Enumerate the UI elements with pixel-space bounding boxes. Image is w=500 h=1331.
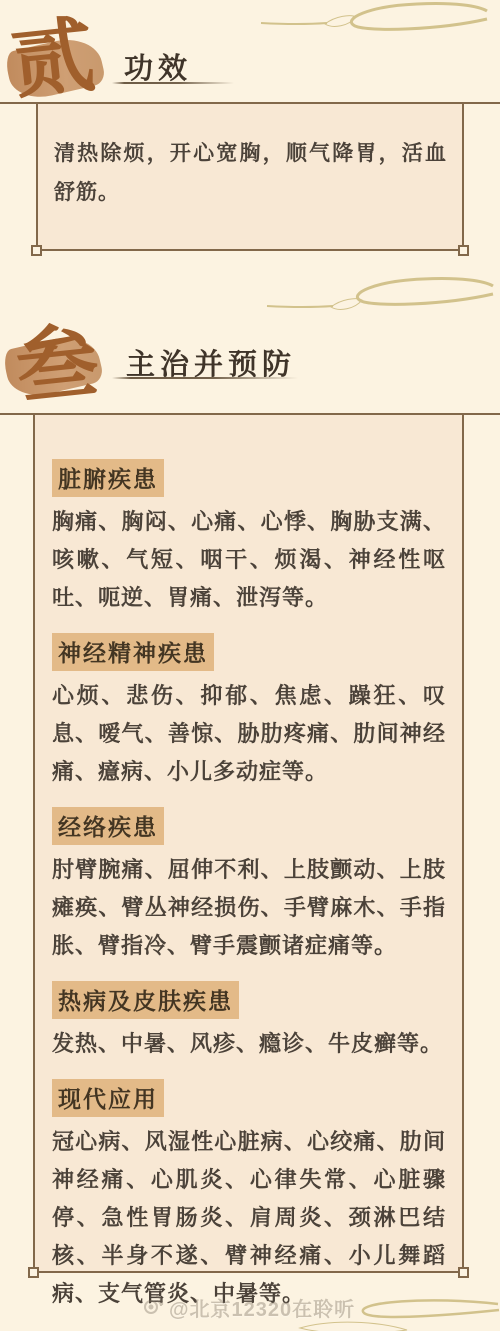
indication-group-meridian: 经络疾患 肘臂腕痛、屈伸不利、上肢颤动、上肢瘫痪、臂丛神经损伤、手臂麻木、手指胀… (52, 807, 446, 965)
group-label: 热病及皮肤疾患 (52, 981, 239, 1019)
group-text: 发热、中暑、风疹、瘾诊、牛皮癣等。 (52, 1025, 446, 1063)
group-text: 肘臂腕痛、屈伸不利、上肢颤动、上肢瘫痪、臂丛神经损伤、手臂麻木、手指胀、臂指冷、… (52, 851, 446, 965)
section-1-underline (112, 82, 234, 84)
section-1-title: 功效 (124, 46, 192, 87)
cloud-swirl-icon (264, 272, 496, 320)
effects-box: 清热除烦，开心宽胸，顺气降胃，活血舒筋。 (36, 104, 464, 251)
group-label: 神经精神疾患 (52, 633, 214, 671)
group-text: 心烦、悲伤、抑郁、焦虑、躁狂、叹息、嗳气、善惊、胁肋疼痛、肋间神经痛、癔病、小儿… (52, 677, 446, 791)
cloud-swirl-icon (258, 0, 490, 48)
section-1-number-calligraphy: 贰 (8, 14, 98, 104)
watermark-text: @北京12320在聆听 (169, 1293, 355, 1322)
watermark: @北京12320在聆听 (142, 1293, 355, 1322)
corner-ornament-icon (31, 245, 42, 256)
corner-ornament-icon (458, 1267, 469, 1278)
indication-group-neuro: 神经精神疾患 心烦、悲伤、抑郁、焦虑、躁狂、叹息、嗳气、善惊、胁肋疼痛、肋间神经… (52, 633, 446, 791)
corner-ornament-icon (458, 245, 469, 256)
indications-box: 脏腑疾患 胸痛、胸闷、心痛、心悸、胸胁支满、咳嗽、气短、咽干、烦渴、神经性呕吐、… (33, 415, 464, 1273)
infographic-page: 贰 功效 清热除烦，开心宽胸，顺气降胃，活血舒筋。 叁 主治并预防 脏腑疾患 胸… (0, 0, 500, 1331)
group-text: 胸痛、胸闷、心痛、心悸、胸胁支满、咳嗽、气短、咽干、烦渴、神经性呕吐、呃逆、胃痛… (52, 503, 446, 617)
group-label: 现代应用 (52, 1079, 164, 1117)
group-text: 冠心病、风湿性心脏病、心绞痛、肋间神经痛、心肌炎、心律失常、心脏骤停、急性胃肠炎… (52, 1123, 446, 1313)
indications-content: 脏腑疾患 胸痛、胸闷、心痛、心悸、胸胁支满、咳嗽、气短、咽干、烦渴、神经性呕吐、… (35, 415, 462, 1313)
group-label: 经络疾患 (52, 807, 164, 845)
indication-group-modern: 现代应用 冠心病、风湿性心脏病、心绞痛、肋间神经痛、心肌炎、心律失常、心脏骤停、… (52, 1079, 446, 1313)
section-2-number-calligraphy: 叁 (12, 320, 102, 410)
section-2-underline (112, 377, 298, 379)
indication-group-fever-skin: 热病及皮肤疾患 发热、中暑、风疹、瘾诊、牛皮癣等。 (52, 981, 446, 1063)
corner-ornament-icon (28, 1267, 39, 1278)
indication-group-organ: 脏腑疾患 胸痛、胸闷、心痛、心悸、胸胁支满、咳嗽、气短、咽干、烦渴、神经性呕吐、… (52, 459, 446, 617)
weibo-eye-icon (142, 1294, 164, 1321)
effects-text: 清热除烦，开心宽胸，顺气降胃，活血舒筋。 (38, 104, 462, 212)
group-label: 脏腑疾患 (52, 459, 164, 497)
